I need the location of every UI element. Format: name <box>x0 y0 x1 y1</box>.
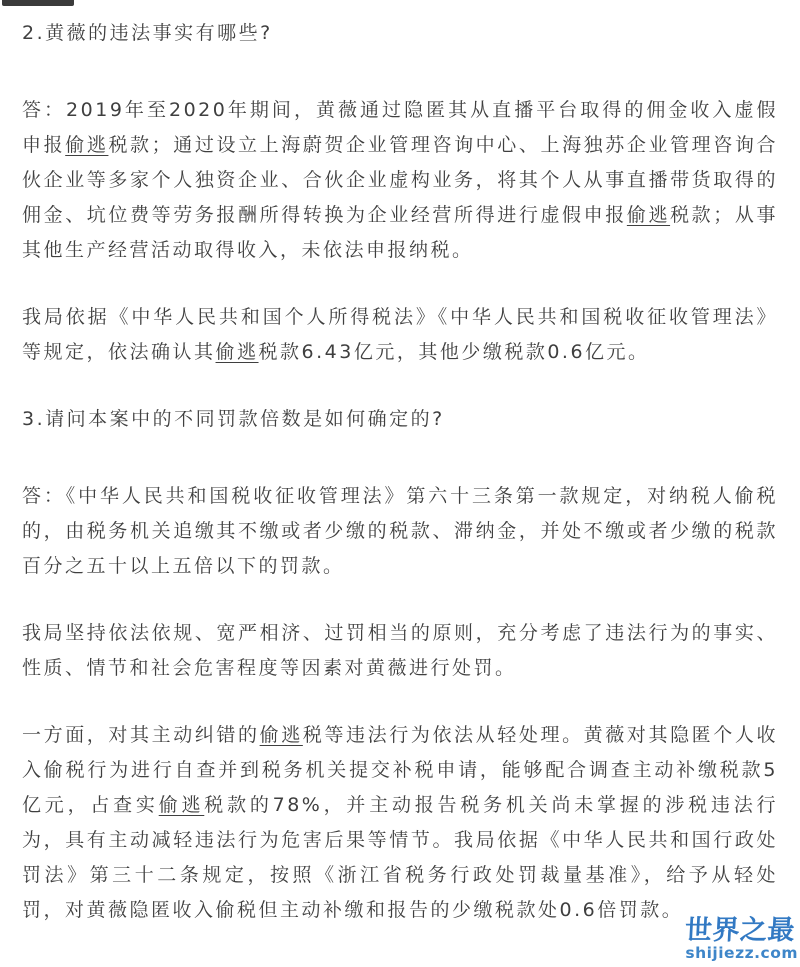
tax-evasion-term-link[interactable]: 偷逃 <box>627 204 670 226</box>
answer-paragraph: 答：2019年至2020年期间，黄薇通过隐匿其从直播平台取得的佣金收入虚假申报偷… <box>22 93 778 268</box>
tax-evasion-term-link[interactable]: 偷逃 <box>216 341 259 363</box>
answer-paragraph: 一方面，对其主动纠错的偷逃税等违法行为依法从轻处理。黄薇对其隐匿个人收入偷税行为… <box>22 718 778 928</box>
watermark-domain: shijiezz.com <box>685 946 798 962</box>
text-segment: 我局坚持依法依规、宽严相济、过罚相当的原则，充分考虑了违法行为的事实、性质、情节… <box>22 622 778 679</box>
text-segment: 一方面，对其主动纠错的 <box>22 724 260 746</box>
answer-paragraph: 答：《中华人民共和国税收征收管理法》第六十三条第一款规定，对纳税人偷税的，由税务… <box>22 479 778 584</box>
watermark-logo-text: 世界之最 <box>685 917 799 944</box>
tax-evasion-term-link[interactable]: 偷逃 <box>159 794 205 816</box>
answer-paragraph: 我局依据《中华人民共和国个人所得税法》《中华人民共和国税收征收管理法》等规定，依… <box>22 300 778 370</box>
tax-evasion-term-link[interactable]: 偷逃 <box>260 724 303 746</box>
text-segment: 答：《中华人民共和国税收征收管理法》第六十三条第一款规定，对纳税人偷税的，由税务… <box>22 485 778 577</box>
site-watermark: 世界之最 shijiezz.com <box>685 917 798 962</box>
question-heading: 2.黄薇的违法事实有哪些? <box>22 16 778 51</box>
text-segment: 2.黄薇的违法事实有哪些? <box>22 22 273 44</box>
text-segment: 3.请问本案中的不同罚款倍数是如何确定的? <box>22 408 445 430</box>
tax-evasion-term-link[interactable]: 偷逃 <box>65 134 108 156</box>
text-segment: 税款6.43亿元，其他少缴税款0.6亿元。 <box>259 341 650 363</box>
answer-paragraph: 我局坚持依法依规、宽严相济、过罚相当的原则，充分考虑了违法行为的事实、性质、情节… <box>22 616 778 686</box>
question-heading: 3.请问本案中的不同罚款倍数是如何确定的? <box>22 402 778 437</box>
clipped-text-artifact <box>2 0 74 6</box>
article-page: 2.黄薇的违法事实有哪些?答：2019年至2020年期间，黄薇通过隐匿其从直播平… <box>0 0 800 967</box>
article-body: 2.黄薇的违法事实有哪些?答：2019年至2020年期间，黄薇通过隐匿其从直播平… <box>0 0 800 928</box>
